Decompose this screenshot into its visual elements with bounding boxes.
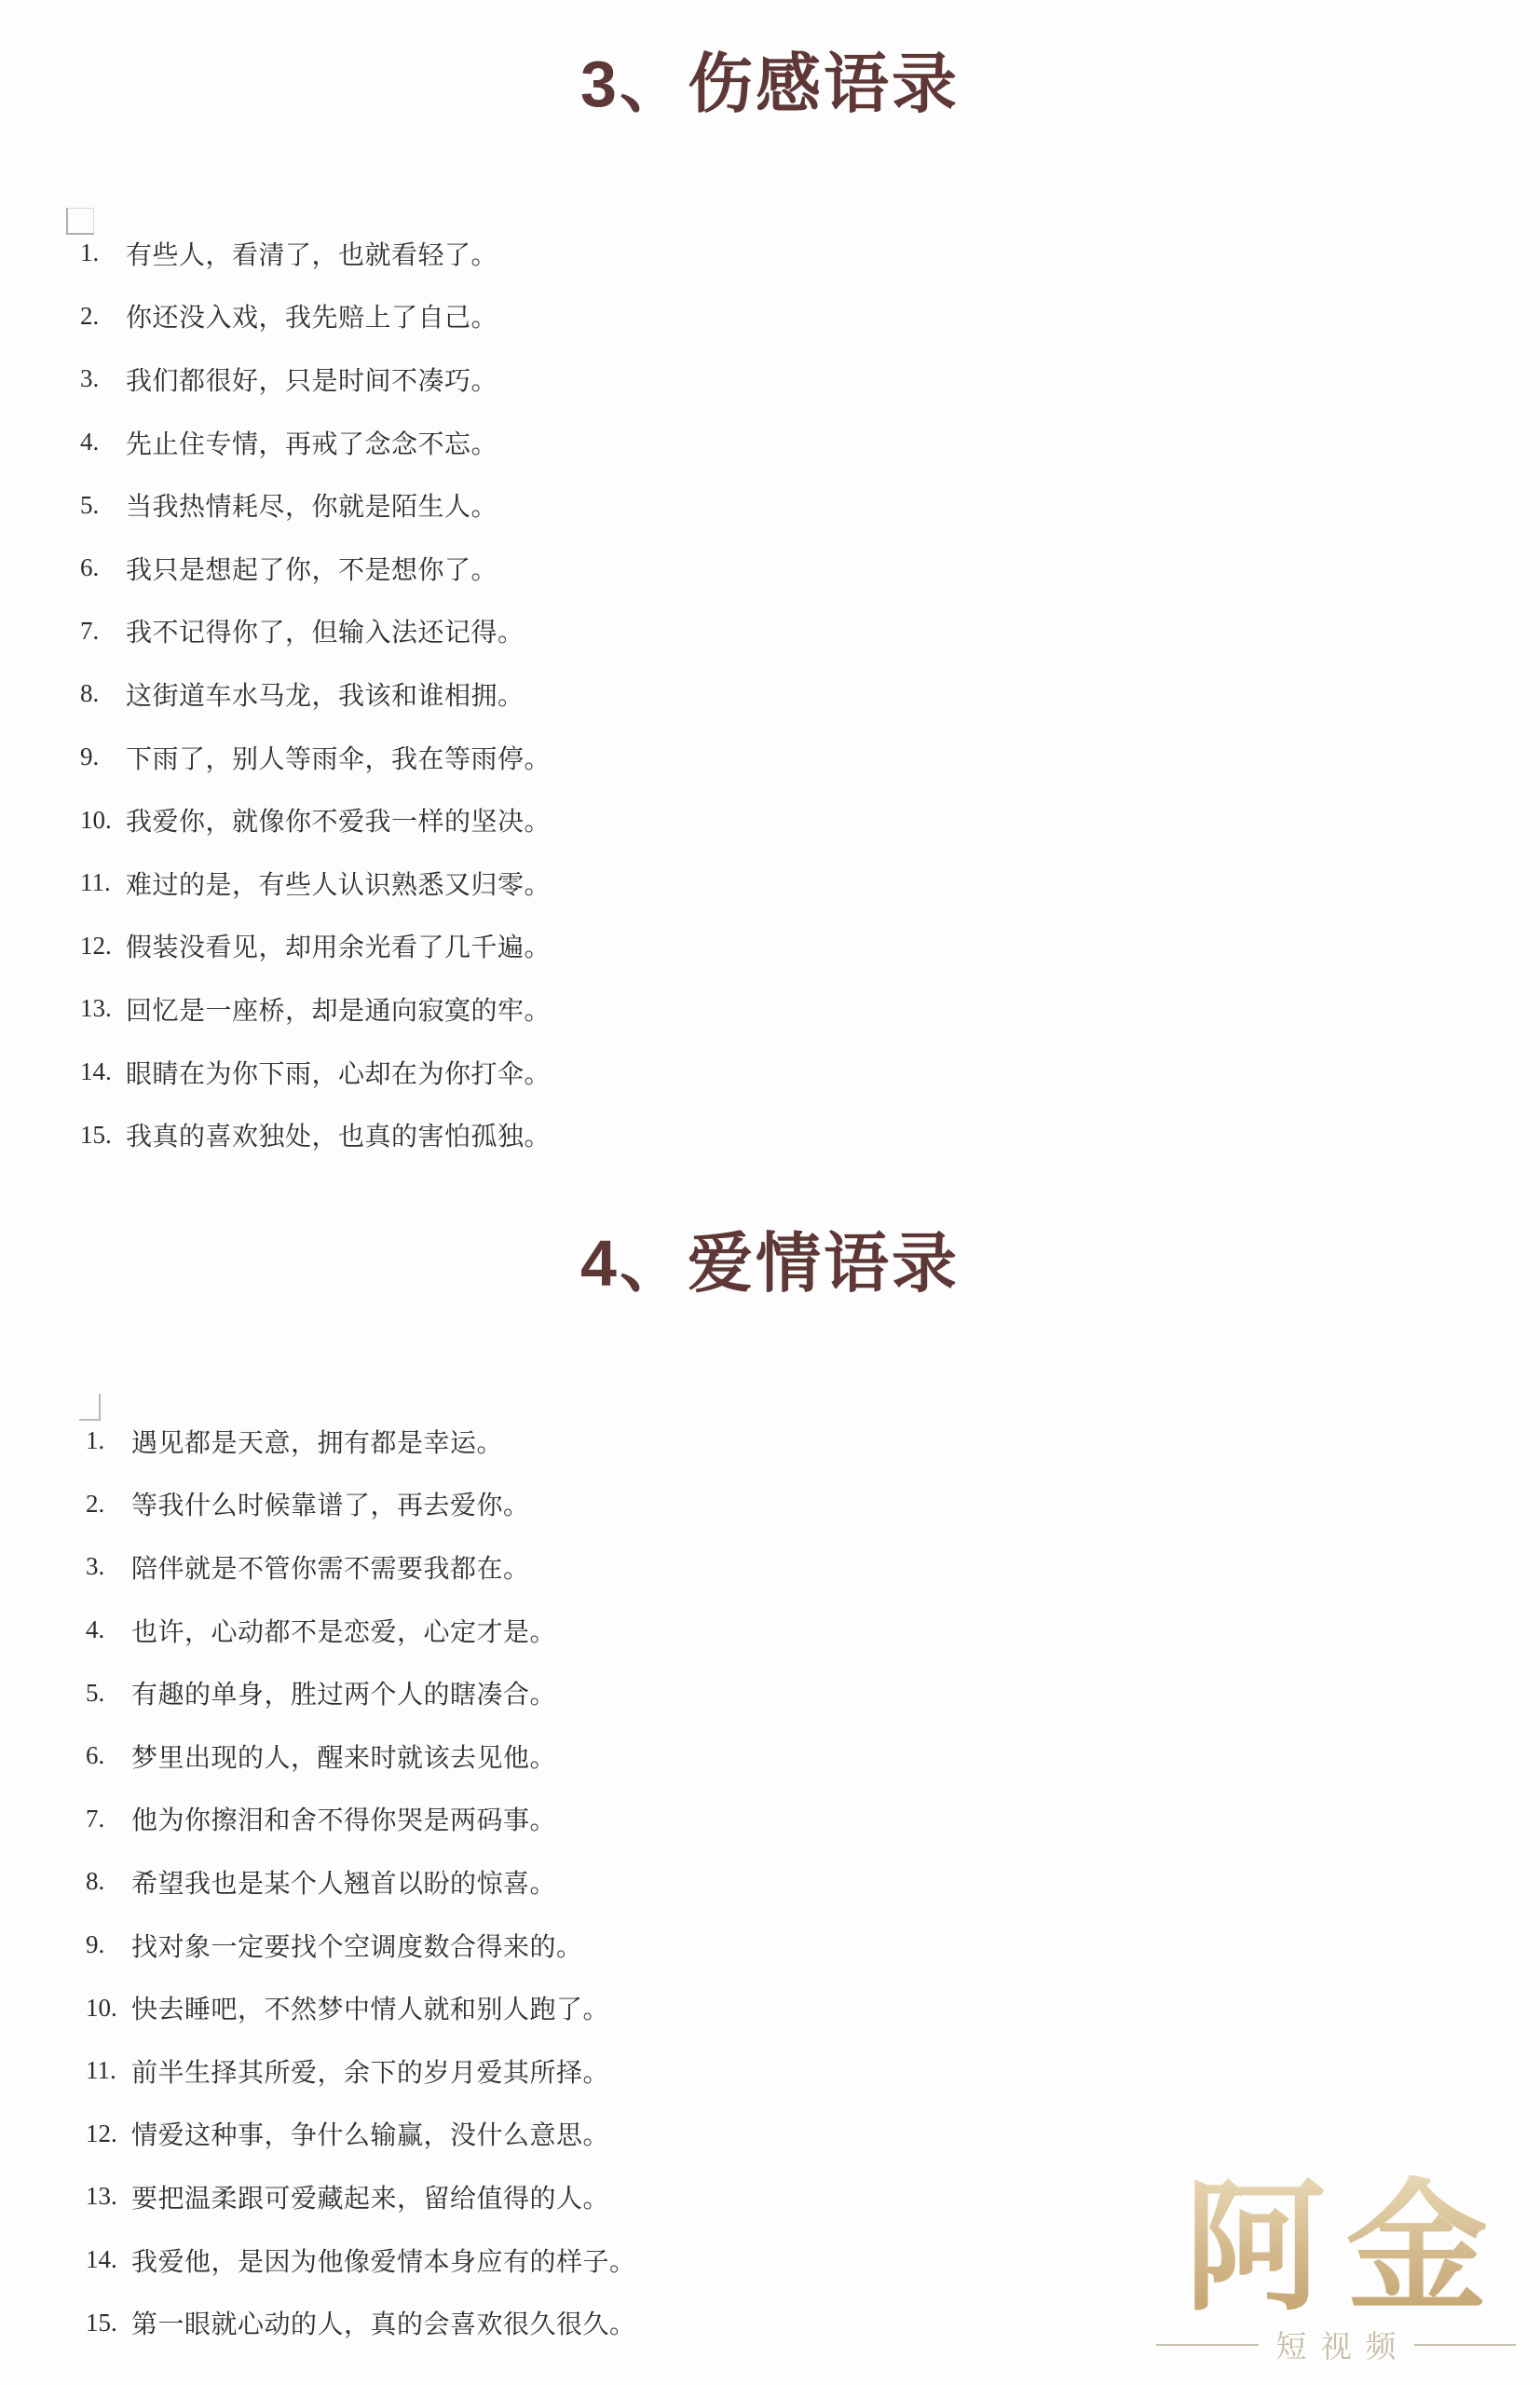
item-number: 11. [86,2056,131,2085]
item-number: 5. [80,491,126,520]
item-number: 15. [80,1121,126,1150]
list-item: 10.我爱你，就像你不爱我一样的坚决。 [80,788,551,852]
item-number: 13. [86,2182,131,2211]
quote-text: 要把温柔跟可爱藏起来，留给值得的人。 [131,2178,609,2215]
list-item: 15.第一眼就心动的人，真的会喜欢很久很久。 [86,2291,636,2354]
brand-logo-text: 阿金 [1156,2175,1536,2321]
quote-text: 当我热情耗尽，你就是陌生人。 [126,486,497,524]
list-item: 7.他为你擦泪和舍不得你哭是两码事。 [86,1788,636,1851]
quote-text: 我爱他，是因为他像爱情本身应有的样子。 [131,2242,636,2279]
quote-text: 我们都很好，只是时间不凑巧。 [126,361,497,398]
list-item: 6.我只是想起了你，不是想你了。 [80,537,551,600]
list-item: 12.假装没看见，却用余光看了几千遍。 [80,915,551,978]
divider-line [1414,2344,1517,2346]
section-title-sad-quotes: 3、伤感语录 [0,48,1540,119]
list-item: 7.我不记得你了，但输入法还记得。 [80,600,551,663]
list-item: 14.我爱他，是因为他像爱情本身应有的样子。 [86,2228,636,2292]
item-number: 5. [86,1679,131,1708]
item-number: 8. [80,679,126,708]
quote-text: 前半生择其所爱，余下的岁月爱其所择。 [131,2052,609,2090]
item-number: 1. [86,1426,131,1455]
quote-text: 情爱这种事，争什么输赢，没什么意思。 [131,2115,609,2152]
list-item: 4.先止住专情，再戒了念念不忘。 [80,411,551,474]
quote-text: 遇见都是天意，拥有都是幸运。 [131,1423,503,1460]
quote-text: 下雨了，别人等雨伞，我在等雨停。 [126,739,551,776]
quote-text: 我真的喜欢独处，也真的害怕孤独。 [126,1116,551,1153]
list-item: 6.梦里出现的人，醒来时就该去见他。 [86,1724,636,1788]
list-item: 3.陪伴就是不管你需不需要我都在。 [86,1535,636,1599]
item-number: 13. [80,994,126,1023]
quote-text: 陪伴就是不管你需不需要我都在。 [131,1548,530,1586]
item-number: 6. [80,553,126,582]
list-item: 9.找对象一定要找个空调度数合得来的。 [86,1914,636,1977]
brand-sub-row: 短视频 [1156,2323,1516,2366]
item-number: 3. [86,1552,131,1581]
list-item: 1.有些人，看清了，也就看轻了。 [80,222,551,285]
item-number: 3. [80,364,126,393]
item-number: 12. [86,2119,131,2148]
list-item: 1.遇见都是天意，拥有都是幸运。 [86,1410,636,1473]
quote-text: 他为你擦泪和舍不得你哭是两码事。 [131,1800,556,1837]
list-item: 11.难过的是，有些人认识熟悉又归零。 [80,852,551,915]
quote-text: 难过的是，有些人认识熟悉又归零。 [126,865,551,902]
quote-text: 眼睛在为你下雨，心却在为你打伞。 [126,1054,551,1091]
list-item: 8.希望我也是某个人翘首以盼的惊喜。 [86,1850,636,1914]
list-item: 11.前半生择其所爱，余下的岁月爱其所择。 [86,2039,636,2103]
item-number: 7. [86,1805,131,1833]
list-item: 3.我们都很好，只是时间不凑巧。 [80,348,551,411]
quote-text: 假装没看见，却用余光看了几千遍。 [126,927,551,964]
quote-text: 第一眼就心动的人，真的会喜欢很久很久。 [131,2304,636,2341]
quote-text: 你还没入戏，我先赔上了自己。 [126,297,497,334]
list-item: 5.当我热情耗尽，你就是陌生人。 [80,473,551,537]
quote-text: 快去睡吧，不然梦中情人就和别人跑了。 [131,1989,609,2026]
item-number: 14. [80,1057,126,1086]
quote-text: 先止住专情，再戒了念念不忘。 [126,424,497,461]
section-title-love-quotes: 4、爱情语录 [0,1228,1540,1299]
love-quotes-list: 1.遇见都是天意，拥有都是幸运。2.等我什么时候靠谱了，再去爱你。3.陪伴就是不… [86,1410,636,2354]
quote-text: 回忆是一座桥，却是通向寂寞的牢。 [126,990,551,1028]
quote-text: 我不记得你了，但输入法还记得。 [126,612,525,649]
item-number: 6. [86,1741,131,1770]
item-number: 9. [80,743,126,771]
quote-text: 梦里出现的人，醒来时就该去见他。 [131,1738,556,1775]
list-item: 13.回忆是一座桥，却是通向寂寞的牢。 [80,977,551,1041]
item-number: 10. [80,806,126,835]
item-number: 7. [80,617,126,646]
item-number: 1. [80,238,126,267]
quote-text: 希望我也是某个人翘首以盼的惊喜。 [131,1863,556,1901]
list-item: 10.快去睡吧，不然梦中情人就和别人跑了。 [86,1976,636,2039]
quote-text: 找对象一定要找个空调度数合得来的。 [131,1927,583,1964]
brand-watermark: 阿金 短视频 [1156,2175,1516,2366]
list-item: 12.情爱这种事，争什么输赢，没什么意思。 [86,2103,636,2166]
list-item: 8.这街道车水马龙，我该和谁相拥。 [80,662,551,726]
list-item: 15.我真的喜欢独处，也真的害怕孤独。 [80,1103,551,1166]
list-item: 14.眼睛在为你下雨，心却在为你打伞。 [80,1041,551,1104]
list-item: 2.你还没入戏，我先赔上了自己。 [80,285,551,348]
quote-text: 我只是想起了你，不是想你了。 [126,550,497,587]
quote-text: 有些人，看清了，也就看轻了。 [126,235,497,272]
list-item: 5.有趣的单身，胜过两个人的瞎凑合。 [86,1661,636,1724]
item-number: 14. [86,2245,131,2274]
item-number: 15. [86,2309,131,2337]
document-page: 3、伤感语录 1.有些人，看清了，也就看轻了。2.你还没入戏，我先赔上了自己。3… [0,0,1540,2385]
list-item: 13.要把温柔跟可爱藏起来，留给值得的人。 [86,2165,636,2228]
list-item: 9.下雨了，别人等雨伞，我在等雨停。 [80,726,551,789]
item-number: 2. [80,302,126,331]
item-number: 2. [86,1490,131,1519]
quote-text: 我爱你，就像你不爱我一样的坚决。 [126,801,551,838]
quote-text: 有趣的单身，胜过两个人的瞎凑合。 [131,1674,556,1711]
brand-sub-label: 短视频 [1259,2323,1414,2366]
item-number: 4. [80,428,126,457]
quote-text: 等我什么时候靠谱了，再去爱你。 [131,1485,530,1522]
quote-text: 这街道车水马龙，我该和谁相拥。 [126,675,525,713]
list-item: 4.也许，心动都不是恋爱，心定才是。 [86,1599,636,1662]
quote-text: 也许，心动都不是恋爱，心定才是。 [131,1612,556,1649]
item-number: 4. [86,1615,131,1644]
item-number: 12. [80,932,126,961]
divider-line [1156,2344,1259,2346]
item-number: 9. [86,1930,131,1959]
item-number: 11. [80,868,126,897]
list-item: 2.等我什么时候靠谱了，再去爱你。 [86,1473,636,1536]
item-number: 10. [86,1994,131,2023]
sad-quotes-list: 1.有些人，看清了，也就看轻了。2.你还没入戏，我先赔上了自己。3.我们都很好，… [80,222,551,1166]
item-number: 8. [86,1867,131,1896]
